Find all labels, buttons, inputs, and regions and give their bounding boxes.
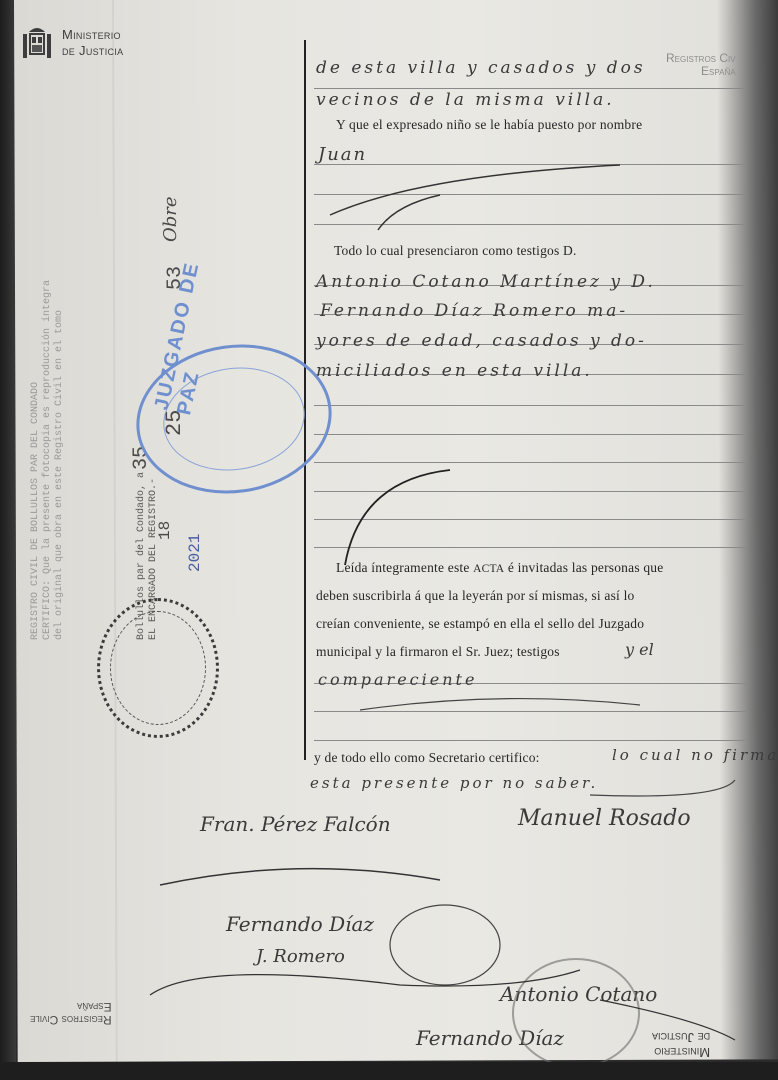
ruled-line — [314, 88, 746, 89]
background-edge-bottom — [0, 1062, 778, 1080]
witness-line: Antonio Cotano Martínez y D. — [316, 272, 656, 292]
ruled-line — [314, 224, 746, 225]
stamp-inner-ring — [110, 611, 206, 725]
witness-line: yores de edad, casados y do- — [316, 331, 647, 351]
reading-clause-line-1: Leída íntegramente este ACTA é invitadas… — [336, 560, 663, 576]
ministry-footer: Ministerio de Justicia — [652, 1030, 710, 1060]
margin-line-text: REGISTRO CIVIL DE BOLLULLOS PAR DEL COND… — [30, 280, 42, 640]
compareciente-handwritten: compareciente — [318, 670, 477, 689]
reading-text: Leída íntegramente este — [336, 560, 470, 575]
note-month: Obre — [160, 196, 181, 242]
registros-civiles-footer: Registros Civile España — [30, 1000, 112, 1026]
child-name: Juan — [318, 144, 367, 165]
testigos-handwritten: y el — [625, 640, 654, 659]
ministry-name: Ministerio de Justicia — [62, 27, 123, 59]
footer-ministry-line1: Ministerio — [652, 1045, 710, 1060]
handwritten-line: de esta villa y casados y dos — [316, 58, 646, 78]
certify-handwritten-2: esta presente por no saber. — [310, 774, 598, 792]
witnesses-clause: Todo lo cual presenciaron como testigos … — [334, 243, 577, 259]
ruled-line — [314, 434, 746, 435]
reading-clause-line-4: municipal y la firmaron el Sr. Juez; tes… — [316, 644, 560, 660]
margin-line-text: CERTIFICO: Que la presente fotocopia es … — [42, 280, 54, 640]
footer-registros-line1: Registros Civile — [30, 1013, 112, 1026]
spain-coat-of-arms-icon — [20, 22, 54, 64]
ruled-line — [314, 164, 746, 165]
ruled-line — [314, 740, 746, 741]
witness-line: miciliados en esta villa. — [316, 361, 593, 381]
ruled-line — [314, 547, 746, 548]
footer-registros-line2: España — [30, 1000, 112, 1013]
footer-ministry-line2: de Justicia — [652, 1030, 710, 1045]
ruled-line — [314, 711, 746, 712]
margin-line-text: del original que obra en este Registro C… — [54, 280, 66, 640]
ruled-line — [314, 194, 746, 195]
note-day-bottom: 18 — [156, 521, 174, 540]
signature: Manuel Rosado — [518, 806, 691, 831]
ministry-line2: de Justicia — [62, 43, 123, 59]
juzgado-municipal-stamp — [97, 598, 219, 738]
name-clause: Y que el expresado niño se le había pues… — [336, 117, 642, 133]
acta-word: ACTA — [473, 563, 504, 575]
ministry-header: Ministerio de Justicia — [20, 22, 123, 64]
reading-clause-line-2: deben suscribirla á que la leyerán por s… — [316, 588, 634, 604]
bottom-seal-stamp — [512, 958, 640, 1068]
witness-line: Fernando Díaz Romero ma- — [320, 301, 628, 321]
handwritten-line: vecinos de la misma villa. — [316, 90, 615, 110]
ruled-line — [314, 519, 746, 520]
certify-handwritten: lo cual no firma — [612, 746, 778, 764]
ruled-line — [314, 491, 746, 492]
ruled-line — [314, 462, 746, 463]
signature: Fernando Díaz — [226, 912, 374, 936]
note-year-bottom: 2021 — [186, 534, 204, 572]
certify-clause: y de todo ello como Secretario certifico… — [314, 750, 540, 766]
reading-text: é invitadas las personas que — [508, 560, 664, 575]
ministry-line1: Ministerio — [62, 27, 123, 43]
registros-line2: España — [666, 65, 736, 78]
signature: J. Romero — [256, 946, 345, 967]
signature: Fran. Pérez Falcón — [200, 812, 391, 836]
registros-civiles-watermark: Registros Civ España — [666, 52, 736, 78]
ruled-line — [314, 405, 746, 406]
reading-clause-line-3: creían conveniente, se estampó en ella e… — [316, 616, 644, 632]
